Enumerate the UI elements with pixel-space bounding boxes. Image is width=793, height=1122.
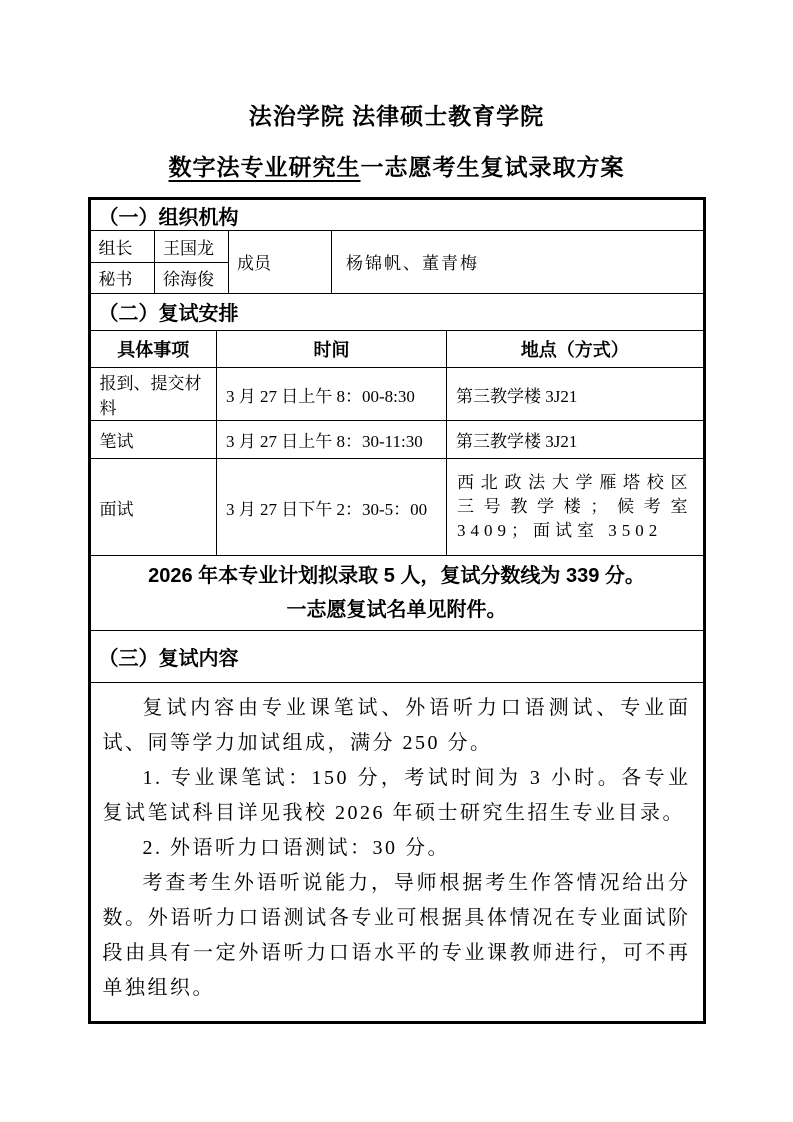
section-heading-content: （三）复试内容 [91, 631, 703, 683]
quota-block: 2026 年本专业计划拟录取 5 人，复试分数线为 339 分。 一志愿复试名单… [91, 556, 703, 631]
section-heading-organization: （一）组织机构 [91, 200, 703, 231]
table-row: 组长 王国龙 成员 杨锦帆、董青梅 [91, 231, 703, 262]
schedule-location: 第三教学楼 3J21 [447, 421, 703, 459]
schedule-item: 面试 [91, 459, 217, 556]
org-members-label: 成员 [229, 231, 332, 293]
org-leader-label: 组长 [91, 231, 155, 262]
schedule-location: 第三教学楼 3J21 [447, 368, 703, 421]
doc-title-rest: 一志愿考生复试录取方案 [361, 154, 625, 180]
quota-line-1: 2026 年本专业计划拟录取 5 人，复试分数线为 339 分。 [148, 559, 645, 593]
schedule-item: 报到、提交材料 [91, 368, 217, 421]
doc-title-line2: 数字法专业研究生一志愿考生复试录取方案 [0, 149, 793, 182]
schedule-time: 3 月 27 日上午 8：30-11:30 [217, 421, 447, 459]
main-table: （一）组织机构 组长 王国龙 成员 杨锦帆、董青梅 秘书 徐海俊 （二）复试安排 [88, 197, 706, 1024]
paragraph-listening-detail: 考查考生外语听说能力，导师根据考生作答情况给出分数。外语听力口语测试各专业可根据… [103, 866, 691, 1006]
schedule-row-interview: 面试 3 月 27 日下午 2：30-5：00 西北政法大学雁塔校区三号教学楼；… [91, 459, 703, 556]
schedule-location: 西北政法大学雁塔校区三号教学楼；候考室 3409；面试室 3502 [447, 459, 703, 556]
schedule-item: 笔试 [91, 421, 217, 459]
quota-line-2: 一志愿复试名单见附件。 [287, 593, 507, 627]
doc-title-line1: 法治学院 法律硕士教育学院 [0, 0, 793, 131]
paragraph-written-exam: 1. 专业课笔试：150 分，考试时间为 3 小时。各专业复试笔试科目详见我校 … [103, 761, 691, 831]
schedule-row-checkin: 报到、提交材料 3 月 27 日上午 8：00-8:30 第三教学楼 3J21 [91, 368, 703, 421]
organization-table: 组长 王国龙 成员 杨锦帆、董青梅 秘书 徐海俊 [91, 231, 703, 294]
content-block: 复试内容由专业课笔试、外语听力口语测试、专业面试、同等学力加试组成，满分 250… [91, 683, 703, 1021]
org-secretary-name: 徐海俊 [155, 262, 229, 293]
org-leader-name: 王国龙 [155, 231, 229, 262]
schedule-time: 3 月 27 日下午 2：30-5：00 [217, 459, 447, 556]
schedule-header-time: 时间 [217, 331, 447, 368]
schedule-row-written-exam: 笔试 3 月 27 日上午 8：30-11:30 第三教学楼 3J21 [91, 421, 703, 459]
paragraph-listening-test: 2. 外语听力口语测试：30 分。 [103, 831, 691, 866]
org-members-value: 杨锦帆、董青梅 [332, 231, 703, 293]
paragraph-overview: 复试内容由专业课笔试、外语听力口语测试、专业面试、同等学力加试组成，满分 250… [103, 691, 691, 761]
schedule-header-item: 具体事项 [91, 331, 217, 368]
schedule-table: 具体事项 时间 地点（方式） 报到、提交材料 3 月 27 日上午 8：00-8… [91, 331, 703, 557]
document-page: 法治学院 法律硕士教育学院 数字法专业研究生一志愿考生复试录取方案 （一）组织机… [0, 0, 793, 1122]
schedule-header-row: 具体事项 时间 地点（方式） [91, 331, 703, 368]
schedule-time: 3 月 27 日上午 8：00-8:30 [217, 368, 447, 421]
schedule-header-location: 地点（方式） [447, 331, 703, 368]
doc-title-underlined-part: 数字法专业研究生 [169, 154, 361, 180]
org-secretary-label: 秘书 [91, 262, 155, 293]
section-heading-schedule: （二）复试安排 [91, 294, 703, 331]
